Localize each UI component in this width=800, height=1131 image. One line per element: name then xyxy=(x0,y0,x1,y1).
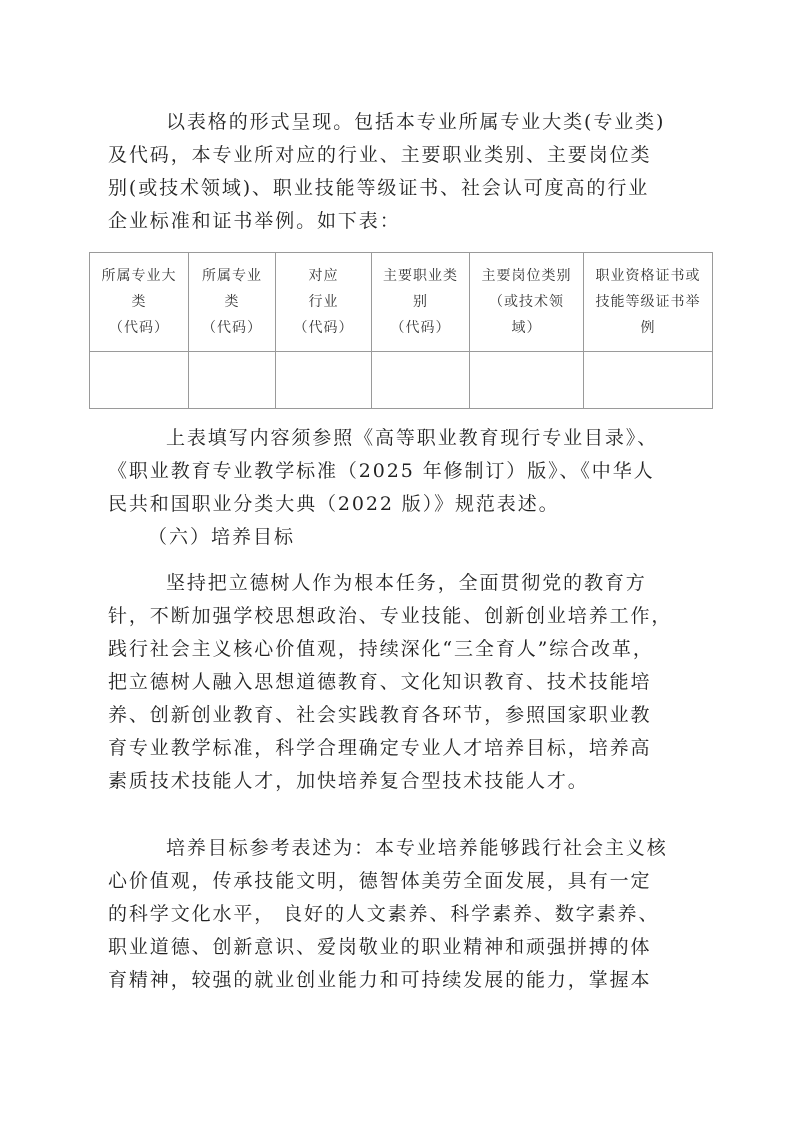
goal-line-5: 养、创新创业教育、社会实践教育各环节，参照国家职业教 xyxy=(108,699,678,732)
table-cell xyxy=(189,352,276,409)
intro-line-2: 及代码，本专业所对应的行业、主要职业类别、主要岗位类 xyxy=(108,139,678,172)
intro-paragraph: 以表格的形式呈现。包括本专业所属专业大类(专业类) 及代码，本专业所对应的行业、… xyxy=(108,106,678,238)
header-industry: 对应 行业 （代码） xyxy=(276,253,372,352)
specialty-table: 所属专业大 类 （代码） 所属专业 类 （代码） 对应 行业 （代码） 主要职业… xyxy=(89,252,713,409)
table-cell xyxy=(90,352,189,409)
note-line-2: 《职业教育专业教学标准（2025 年修制订）版》、《中华人 xyxy=(108,455,678,488)
section-heading: （六）培养目标 xyxy=(148,521,295,554)
reference-line-4: 职业道德、创新意识、爱岗敬业的职业精神和顽强拼搏的体 xyxy=(108,931,678,964)
table-cell xyxy=(470,352,584,409)
header-position-category: 主要岗位类别 （或技术领 域） xyxy=(470,253,584,352)
table-row xyxy=(90,352,713,409)
reference-line-2: 心价值观，传承技能文明，德智体美劳全面发展，具有一定 xyxy=(108,865,678,898)
header-major-category: 所属专业大 类 （代码） xyxy=(90,253,189,352)
goal-line-4: 把立德树人融入思想道德教育、文化知识教育、技术技能培 xyxy=(108,666,678,699)
goal-line-7: 素质技术技能人才，加快培养复合型技术技能人才。 xyxy=(108,765,678,798)
header-certificates: 职业资格证书或 技能等级证书举 例 xyxy=(584,253,713,352)
goal-line-1: 坚持把立德树人作为根本任务，全面贯彻党的教育方 xyxy=(166,572,647,594)
intro-line-4: 企业标准和证书举例。如下表： xyxy=(108,205,678,238)
intro-line-3: 别(或技术领域)、职业技能等级证书、社会认可度高的行业 xyxy=(108,172,678,205)
table-cell xyxy=(276,352,372,409)
reference-line-1: 培养目标参考表述为：本专业培养能够践行社会主义核 xyxy=(166,837,668,859)
goal-paragraph: 坚持把立德树人作为根本任务，全面贯彻党的教育方 针，不断加强学校思想政治、专业技… xyxy=(108,567,678,798)
goal-line-6: 育专业教学标准，科学合理确定专业人才培养目标，培养高 xyxy=(108,732,678,765)
reference-paragraph: 培养目标参考表述为：本专业培养能够践行社会主义核 心价值观，传承技能文明，德智体… xyxy=(108,832,678,997)
reference-line-5: 育精神，较强的就业创业能力和可持续发展的能力，掌握本 xyxy=(108,964,678,997)
table-cell xyxy=(584,352,713,409)
goal-line-3: 践行社会主义核心价值观，持续深化“三全育人”综合改革， xyxy=(108,633,678,666)
header-major-class: 所属专业 类 （代码） xyxy=(189,253,276,352)
header-occupation-category: 主要职业类 别 （代码） xyxy=(372,253,470,352)
table-header-row: 所属专业大 类 （代码） 所属专业 类 （代码） 对应 行业 （代码） 主要职业… xyxy=(90,253,713,352)
table-cell xyxy=(372,352,470,409)
intro-line-1: 以表格的形式呈现。包括本专业所属专业大类(专业类) xyxy=(166,111,665,133)
note-line-3: 民共和国职业分类大典（2022 版）》规范表述。 xyxy=(108,488,678,521)
note-paragraph: 上表填写内容须参照《高等职业教育现行专业目录》、 《职业教育专业教学标准（202… xyxy=(108,422,678,521)
note-line-1: 上表填写内容须参照《高等职业教育现行专业目录》、 xyxy=(166,427,658,449)
reference-line-3: 的科学文化水平， 良好的人文素养、科学素养、数字素养、 xyxy=(108,898,678,931)
goal-line-2: 针，不断加强学校思想政治、专业技能、创新创业培养工作， xyxy=(108,600,678,633)
